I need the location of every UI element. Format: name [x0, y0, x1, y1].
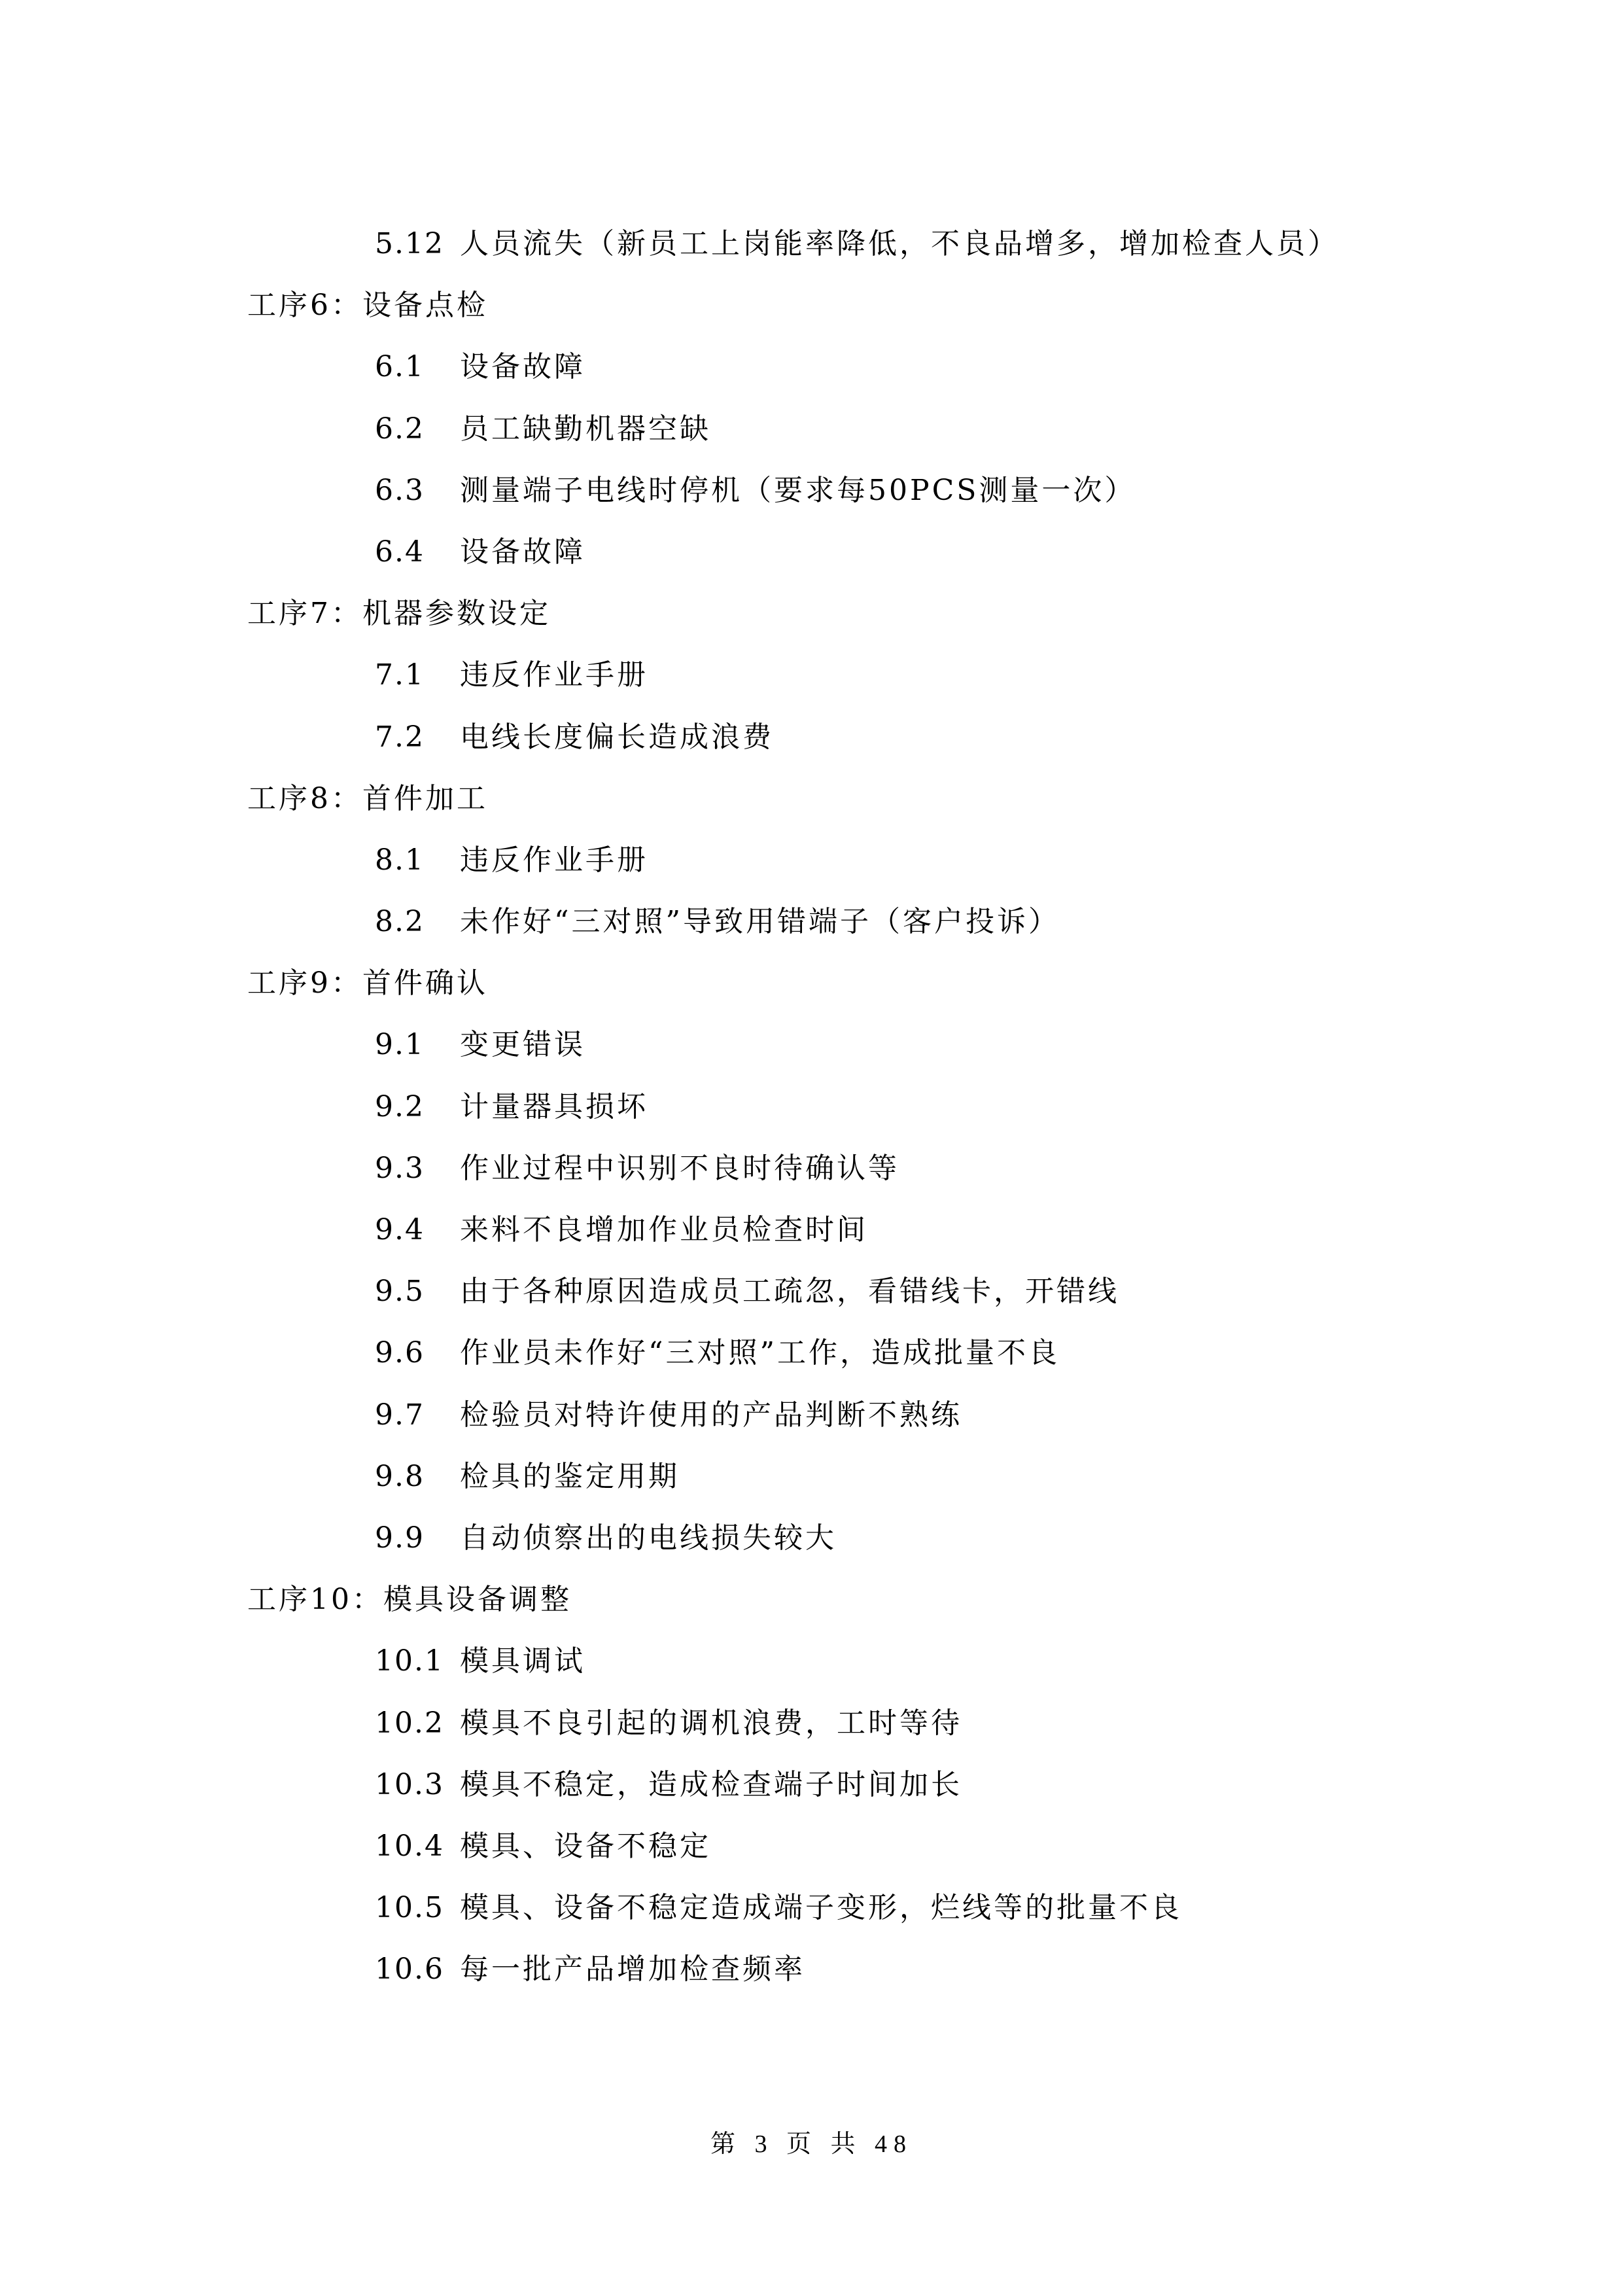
item-text: 模具不稳定，造成检查端子时间加长 [460, 1768, 962, 1801]
item-number: 9.8 [375, 1446, 460, 1508]
item-number: 7.1 [375, 645, 460, 706]
heading-number: 工序7： [247, 597, 362, 630]
item-text: 模具、设备不稳定造成端子变形，烂线等的批量不良 [460, 1891, 1182, 1924]
heading-number: 工序9： [247, 966, 362, 1000]
process-heading: 工序8：首件加工 [247, 768, 1438, 830]
list-item: 7.1违反作业手册 [247, 645, 1438, 706]
list-item: 10.2模具不良引起的调机浪费，工时等待 [247, 1693, 1438, 1754]
list-item: 9.2计量器具损坏 [247, 1076, 1438, 1138]
item-text: 模具不良引起的调机浪费，工时等待 [460, 1706, 962, 1740]
item-number: 6.4 [375, 521, 460, 583]
list-item: 9.9自动侦察出的电线损失较大 [247, 1508, 1438, 1569]
item-text: 变更错误 [460, 1028, 585, 1061]
item-number: 5.12 [375, 213, 460, 275]
heading-text: 首件加工 [362, 782, 488, 815]
item-number: 10.4 [375, 1816, 460, 1877]
item-number: 10.2 [375, 1693, 460, 1754]
heading-number: 工序8： [247, 782, 362, 815]
list-item: 9.3作业过程中识别不良时待确认等 [247, 1138, 1438, 1199]
list-item: 9.8检具的鉴定用期 [247, 1446, 1438, 1508]
item-number: 9.5 [375, 1261, 460, 1322]
item-text: 作业员未作好“三对照”工作，造成批量不良 [460, 1336, 1060, 1369]
process-heading: 工序7：机器参数设定 [247, 583, 1438, 645]
list-item: 6.4设备故障 [247, 521, 1438, 583]
heading-text: 模具设备调整 [383, 1583, 572, 1616]
list-item: 10.4模具、设备不稳定 [247, 1816, 1438, 1877]
item-number: 10.6 [375, 1939, 460, 2000]
item-text: 模具调试 [460, 1644, 585, 1678]
heading-text: 设备点检 [362, 289, 488, 322]
list-item: 8.1违反作业手册 [247, 830, 1438, 891]
process-heading: 工序9：首件确认 [247, 953, 1438, 1014]
item-text: 检具的鉴定用期 [460, 1460, 680, 1493]
list-item: 8.2未作好“三对照”导致用错端子（客户投诉） [247, 891, 1438, 953]
item-number: 10.3 [375, 1754, 460, 1816]
item-number: 8.2 [375, 891, 460, 953]
item-text: 电线长度偏长造成浪费 [460, 720, 774, 754]
list-item: 10.6每一批产品增加检查频率 [247, 1939, 1438, 2000]
item-number: 8.1 [375, 830, 460, 891]
item-number: 10.5 [375, 1877, 460, 1939]
page-number-footer: 第 3 页 共 48 [0, 2123, 1623, 2159]
item-text: 作业过程中识别不良时待确认等 [460, 1152, 899, 1185]
item-number: 9.4 [375, 1199, 460, 1261]
list-item: 6.1设备故障 [247, 336, 1438, 398]
item-text: 违反作业手册 [460, 843, 648, 877]
item-number: 6.3 [375, 460, 460, 521]
item-text: 人员流失（新员工上岗能率降低，不良品增多，增加检查人员） [460, 227, 1339, 260]
list-item: 7.2电线长度偏长造成浪费 [247, 707, 1438, 768]
item-number: 9.9 [375, 1508, 460, 1569]
item-text: 每一批产品增加检查频率 [460, 1952, 805, 1986]
process-heading: 工序6：设备点检 [247, 275, 1438, 336]
item-text: 设备故障 [460, 350, 585, 383]
item-text: 员工缺勤机器空缺 [460, 412, 711, 446]
item-text: 设备故障 [460, 535, 585, 569]
item-number: 10.1 [375, 1631, 460, 1692]
item-number: 6.2 [375, 398, 460, 460]
list-item: 9.6作业员未作好“三对照”工作，造成批量不良 [247, 1322, 1438, 1384]
item-text: 测量端子电线时停机（要求每50PCS测量一次） [460, 474, 1136, 507]
item-number: 9.1 [375, 1014, 460, 1076]
list-item: 10.5模具、设备不稳定造成端子变形，烂线等的批量不良 [247, 1877, 1438, 1939]
item-text: 违反作业手册 [460, 658, 648, 692]
document-body: 5.12人员流失（新员工上岗能率降低，不良品增多，增加检查人员） 工序6：设备点… [247, 213, 1438, 2000]
list-item: 5.12人员流失（新员工上岗能率降低，不良品增多，增加检查人员） [247, 213, 1438, 275]
item-number: 7.2 [375, 707, 460, 768]
list-item: 9.1变更错误 [247, 1014, 1438, 1076]
item-text: 模具、设备不稳定 [460, 1829, 711, 1863]
item-number: 9.6 [375, 1322, 460, 1384]
item-text: 来料不良增加作业员检查时间 [460, 1213, 868, 1246]
item-number: 9.7 [375, 1385, 460, 1446]
item-text: 未作好“三对照”导致用错端子（客户投诉） [460, 905, 1060, 938]
heading-number: 工序6： [247, 289, 362, 322]
document-page: 5.12人员流失（新员工上岗能率降低，不良品增多，增加检查人员） 工序6：设备点… [0, 0, 1623, 2296]
process-heading: 工序10：模具设备调整 [247, 1569, 1438, 1631]
item-text: 由于各种原因造成员工疏忽，看错线卡，开错线 [460, 1275, 1119, 1308]
list-item: 6.3测量端子电线时停机（要求每50PCS测量一次） [247, 460, 1438, 521]
item-number: 6.1 [375, 336, 460, 398]
list-item: 6.2员工缺勤机器空缺 [247, 398, 1438, 460]
item-text: 检验员对特许使用的产品判断不熟练 [460, 1398, 962, 1432]
heading-number: 工序10： [247, 1583, 383, 1616]
heading-text: 首件确认 [362, 966, 488, 1000]
item-text: 计量器具损坏 [460, 1090, 648, 1123]
list-item: 9.5由于各种原因造成员工疏忽，看错线卡，开错线 [247, 1261, 1438, 1322]
list-item: 10.1模具调试 [247, 1631, 1438, 1692]
item-number: 9.2 [375, 1076, 460, 1138]
item-number: 9.3 [375, 1138, 460, 1199]
list-item: 9.4来料不良增加作业员检查时间 [247, 1199, 1438, 1261]
heading-text: 机器参数设定 [362, 597, 551, 630]
list-item: 9.7检验员对特许使用的产品判断不熟练 [247, 1385, 1438, 1446]
list-item: 10.3模具不稳定，造成检查端子时间加长 [247, 1754, 1438, 1816]
item-text: 自动侦察出的电线损失较大 [460, 1521, 837, 1555]
